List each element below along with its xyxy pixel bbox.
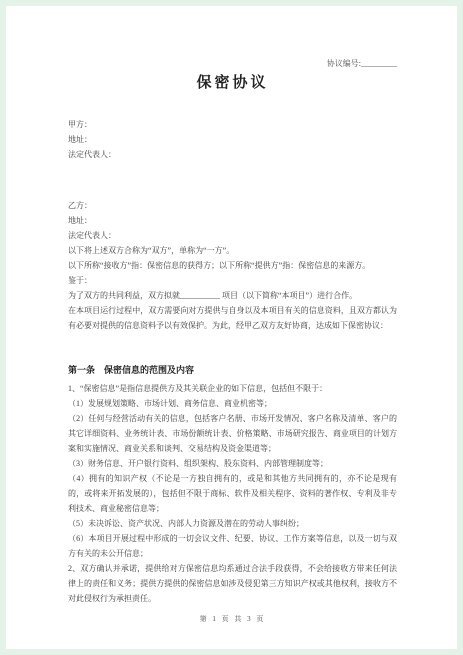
clause: （1）发展规划策略、市场计划、商务信息、商业机密等； xyxy=(68,396,397,411)
section-1-heading: 第一条 保密信息的范围及内容 xyxy=(68,363,397,378)
clause: （2）任何与经营活动有关的信息，包括客户名册、市场开发情况、客户名称及清单、客户… xyxy=(68,411,397,456)
page-background: 协议编号:_________ 保密协议 甲方： 地址： 法定代表人： 乙方： 地… xyxy=(0,0,463,655)
clause: （4）拥有的知识产权（不论是一方独自拥有的，或是和其他方共同拥有的，亦不论是现有… xyxy=(68,471,397,516)
party-a-block: 甲方： 地址： 法定代表人： xyxy=(68,117,397,162)
party-b-legal-rep-label: 法定代表人： xyxy=(68,228,397,243)
party-b-block: 乙方： 地址： 法定代表人： xyxy=(68,198,397,243)
clause: （3）财务信息、开户银行资料、组织架构、股东资料、内部管理制度等； xyxy=(68,456,397,471)
party-a-address-label: 地址： xyxy=(68,132,397,147)
clause: （5）未决诉讼、资产状况、内部人力资源及潜在的劳动人事纠纷； xyxy=(68,516,397,531)
party-b-address-label: 地址： xyxy=(68,213,397,228)
document-title: 保密协议 xyxy=(68,73,397,93)
preamble-line: 以下所称“接收方”指：保密信息的获得方；以下所称“提供方”指：保密信息的来源方。 xyxy=(68,258,397,273)
preamble-line: 鉴于： xyxy=(68,273,397,288)
party-a-label: 甲方： xyxy=(68,117,397,132)
preamble-line: 在本项目运行过程中，双方需要向对方提供与自身以及本项目有关的信息资料，且双方都认… xyxy=(68,303,397,333)
preamble-block: 以下将上述双方合称为“双方”，单称为“一方”。 以下所称“接收方”指：保密信息的… xyxy=(68,243,397,333)
clause: 1、“保密信息”是指信息提供方及其关联企业的如下信息，包括但不限于： xyxy=(68,381,397,396)
party-b-label: 乙方： xyxy=(68,198,397,213)
document-page: 协议编号:_________ 保密协议 甲方： 地址： 法定代表人： 乙方： 地… xyxy=(6,6,457,649)
party-a-legal-rep-label: 法定代表人： xyxy=(68,147,397,162)
preamble-line: 为了双方的共同利益，双方拟就__________ 项目（以下简称“本项目”）进行… xyxy=(68,288,397,303)
clause: （6）本项目开展过程中形成的一切会议文件、纪要、协议、工作方案等信息，以及一切与… xyxy=(68,531,397,561)
section-1-clauses: 1、“保密信息”是指信息提供方及其关联企业的如下信息，包括但不限于： （1）发展… xyxy=(68,381,397,606)
preamble-line: 以下将上述双方合称为“双方”，单称为“一方”。 xyxy=(68,243,397,258)
clause: 2、双方确认并承诺，提供给对方保密信息均系通过合法手段获得，不会给接收方带来任何… xyxy=(68,561,397,606)
page-number-indicator: 第 1 页 共 3 页 xyxy=(68,614,397,624)
agreement-number: 协议编号:_________ xyxy=(68,56,397,71)
